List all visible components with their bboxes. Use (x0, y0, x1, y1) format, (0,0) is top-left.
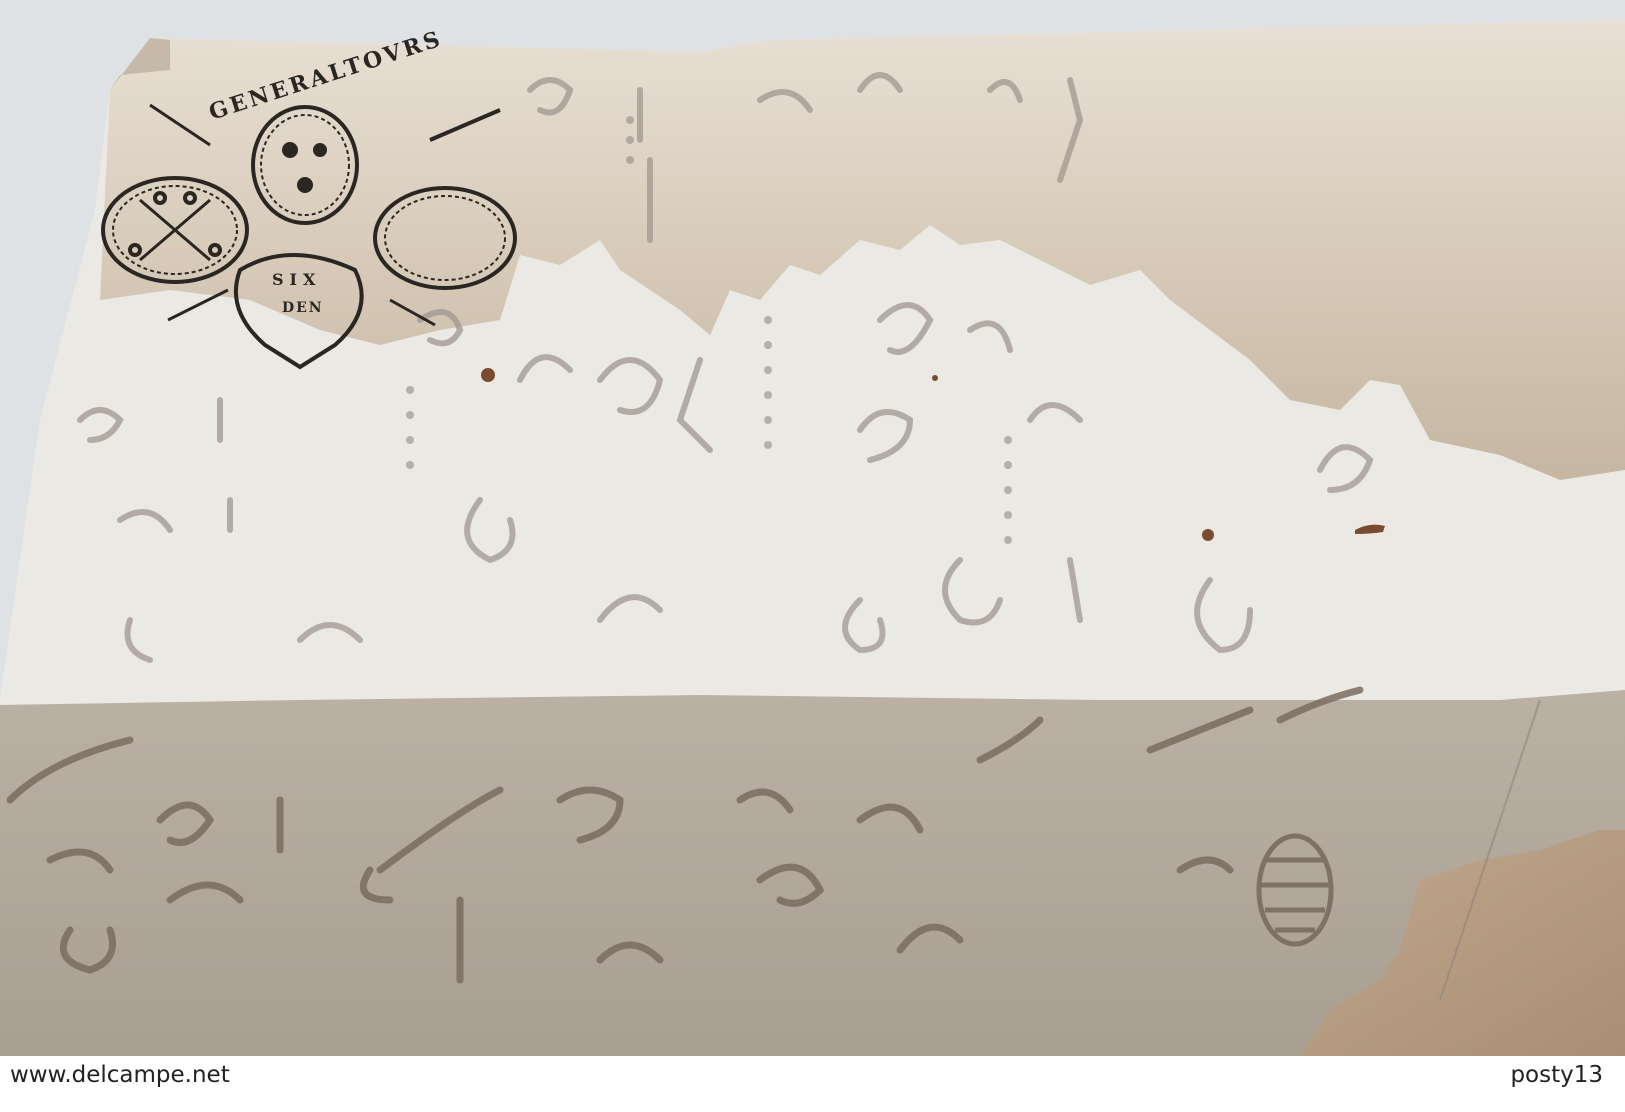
paper-illustration: GENERALTOVRS SIX DEN (0, 0, 1625, 1056)
document-photo: GENERALTOVRS SIX DEN (0, 0, 1625, 1056)
stamp-value-text: SIX (272, 270, 321, 289)
watermark-site: www.delcampe.net (10, 1062, 230, 1088)
stamp-unit-text: DEN (282, 300, 324, 316)
watermark-seller: posty13 (1510, 1062, 1603, 1088)
watermark-bar (0, 1056, 1625, 1112)
